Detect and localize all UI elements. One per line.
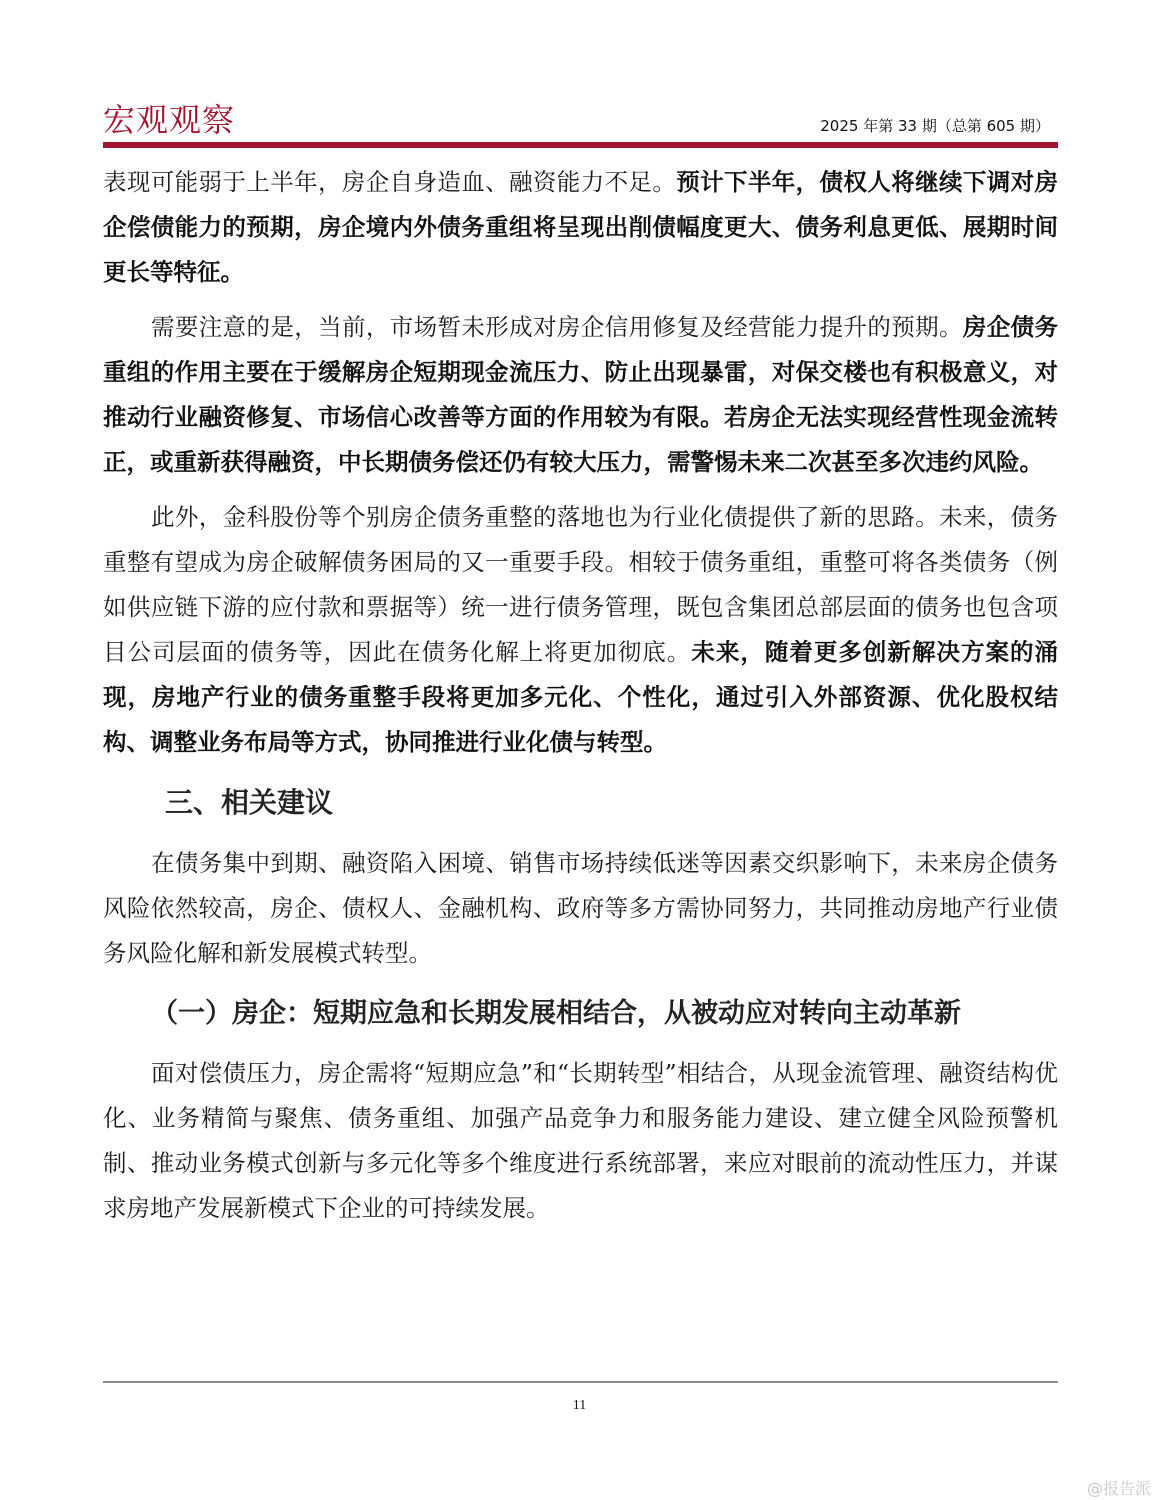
- paragraph: 此外，金科股份等个别房企债务重整的落地也为行业化债提供了新的思路。未来，债务重整…: [103, 495, 1058, 765]
- subsection-paragraph: 面对偿债压力，房企需将“短期应急”和“长期转型”相结合，从现金流管理、融资结构优…: [103, 1051, 1058, 1231]
- paragraph-continuation: 表现可能弱于上半年，房企自身造血、融资能力不足。预计下半年，债权人将继续下调对房…: [103, 160, 1058, 295]
- watermark: @报告派: [1087, 1476, 1151, 1499]
- subsection-heading: （一）房企：短期应急和长期发展相结合，从被动应对转向主动革新: [103, 986, 1058, 1041]
- body-content: 表现可能弱于上半年，房企自身造血、融资能力不足。预计下半年，债权人将继续下调对房…: [103, 160, 1058, 1231]
- paragraph-text: 需要注意的是，当前，市场暂未形成对房企信用修复及经营能力提升的预期。: [151, 313, 963, 341]
- header-divider: [103, 142, 1058, 148]
- paragraph: 需要注意的是，当前，市场暂未形成对房企信用修复及经营能力提升的预期。房企债务重组…: [103, 305, 1058, 485]
- publication-title: 宏观观察: [103, 100, 235, 140]
- issue-number: 2025 年第 33 期（总第 605 期）: [820, 116, 1050, 136]
- document-page: 宏观观察 2025 年第 33 期（总第 605 期） 表现可能弱于上半年，房企…: [0, 0, 1159, 1500]
- page-number: 11: [0, 1398, 1159, 1414]
- section-intro-paragraph: 在债务集中到期、融资陷入困境、销售市场持续低迷等因素交织影响下，未来房企债务风险…: [103, 841, 1058, 976]
- paragraph-text: 表现可能弱于上半年，房企自身造血、融资能力不足。: [103, 168, 676, 196]
- footer-divider: [103, 1381, 1058, 1383]
- page-header: 宏观观察 2025 年第 33 期（总第 605 期）: [103, 98, 1058, 148]
- section-heading: 三、相关建议: [103, 775, 1058, 831]
